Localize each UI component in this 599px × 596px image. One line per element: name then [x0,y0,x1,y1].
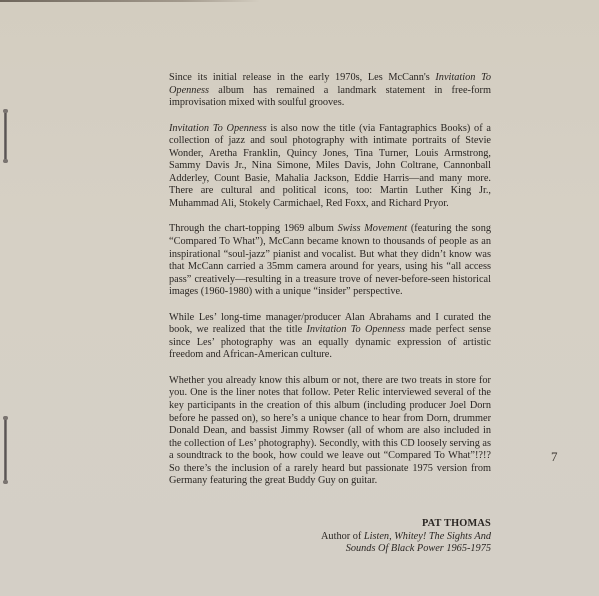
italic-title: Invitation To Openness [306,324,405,335]
paragraph: While Les’ long-time manager/producer Al… [169,312,491,362]
staple-top [4,111,7,161]
text-run: Through the chart-topping 1969 album [169,223,338,234]
page-number: 7 [551,449,558,465]
text-run: album has remained a landmark statement … [169,85,491,109]
staple-bottom [4,418,7,482]
page-top-edge [0,0,260,2]
author-desc-prefix: Author of [321,531,364,542]
book-title-line2: Sounds Of Black Power 1965-1975 [346,543,491,554]
signature-block: PAT THOMAS Author of Listen, Whitey! The… [321,518,491,556]
liner-notes-body: Since its initial release in the early 1… [169,72,491,501]
paragraph: Whether you already know this album or n… [169,375,491,488]
author-description: Author of Listen, Whitey! The Sights And [321,531,491,544]
text-run: is also now the title (via Fantagraphics… [169,123,491,209]
text-run: Since its initial release in the early 1… [169,72,435,83]
book-title-line1: Listen, Whitey! The Sights And [364,531,491,542]
italic-title: Invitation To Openness [169,123,267,134]
italic-title: Swiss Movement [338,223,408,234]
paragraph: Since its initial release in the early 1… [169,72,491,110]
text-run: Whether you already know this album or n… [169,375,491,486]
author-description-line2: Sounds Of Black Power 1965-1975 [321,543,491,556]
paragraph: Through the chart-topping 1969 album Swi… [169,223,491,298]
author-name: PAT THOMAS [321,518,491,531]
paragraph: Invitation To Openness is also now the t… [169,123,491,211]
text-run: (featuring the song “Compared To What”),… [169,223,491,297]
